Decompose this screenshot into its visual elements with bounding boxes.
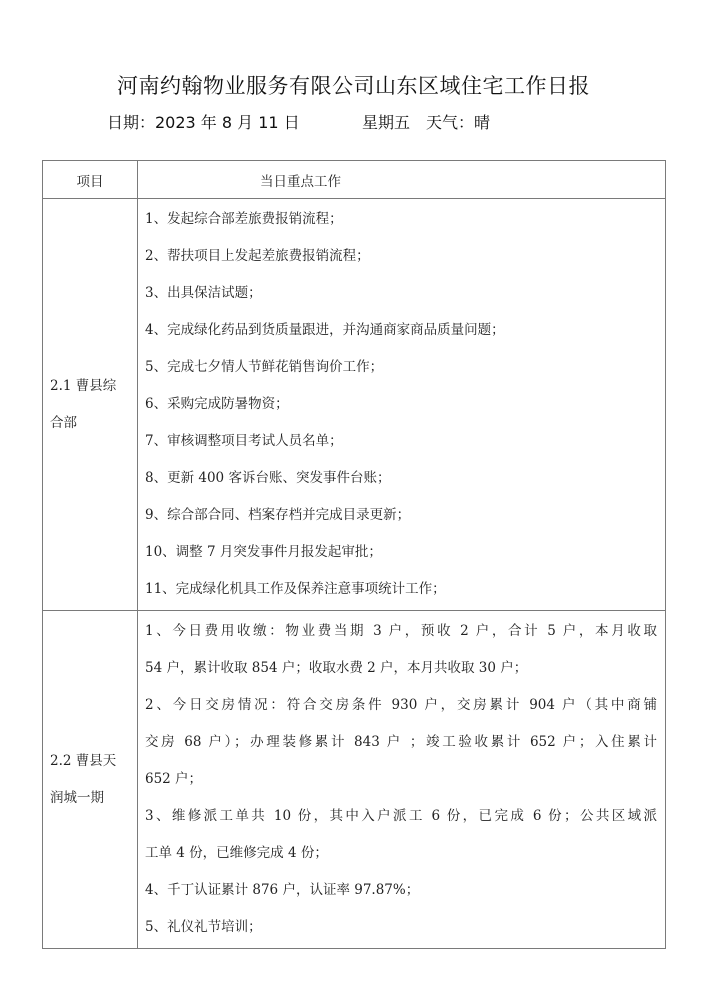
work-item-line: 2、今日交房情况：符合交房条件 930 户，交房累计 904 户（其中商铺 [145,687,657,724]
work-item: 3、出具保洁试题； [145,275,657,312]
work-item: 2、帮扶项目上发起差旅费报销流程； [145,238,657,275]
category-cell: 2.2 曹县天 润城一期 [43,611,138,949]
work-item: 4、完成绿化药品到货质量跟进，并沟通商家商品质量问题； [145,312,657,349]
work-item: 7、审核调整项目考试人员名单； [145,423,657,460]
work-item: 11、完成绿化机具工作及保养注意事项统计工作； [145,571,657,608]
work-item-line: 工单 4 份，已维修完成 4 份； [145,835,657,872]
work-item-line: 4、千丁认证累计 876 户，认证率 97.87%； [145,872,657,909]
table-row: 2.2 曹县天 润城一期 1、今日费用收缴：物业费当期 3 户，预收 2 户，合… [43,611,666,949]
work-item-line: 交房 68 户）；办理装修累计 843 户 ；竣工验收累计 652 户；入住累计 [145,724,657,761]
work-item: 8、更新 400 客诉台账、突发事件台账； [145,460,657,497]
date-line: 日期：2023 年 8 月 11 日 星期五 天气：晴 [107,110,300,133]
weekday-weather: 星期五 天气：晴 [362,110,490,133]
category-label-line2: 润城一期 [50,780,137,817]
column-header-work: 当日重点工作 [138,161,666,199]
work-item-line: 1、今日费用收缴：物业费当期 3 户，预收 2 户，合计 5 户，本月收取 [145,613,657,650]
category-label-line1: 2.1 曹县综 [50,368,137,405]
work-item-line: 5、礼仪礼节培训； [145,909,657,946]
work-item-line: 652 户； [145,761,657,798]
report-date: 日期：2023 年 8 月 11 日 [107,113,300,132]
work-items-cell: 1、发起综合部差旅费报销流程； 2、帮扶项目上发起差旅费报销流程； 3、出具保洁… [138,199,666,611]
category-label-line1: 2.2 曹县天 [50,743,137,780]
table-header-row: 项目 当日重点工作 [43,161,666,199]
category-cell: 2.1 曹县综 合部 [43,199,138,611]
work-item: 10、调整 7 月突发事件月报发起审批； [145,534,657,571]
work-items-cell: 1、今日费用收缴：物业费当期 3 户，预收 2 户，合计 5 户，本月收取 54… [138,611,666,949]
work-item: 9、综合部合同、档案存档并完成目录更新； [145,497,657,534]
table-row: 2.1 曹县综 合部 1、发起综合部差旅费报销流程； 2、帮扶项目上发起差旅费报… [43,199,666,611]
work-item-line: 54 户，累计收取 854 户；收取水费 2 户，本月共收取 30 户； [145,650,657,687]
report-title: 河南约翰物业服务有限公司山东区域住宅工作日报 [0,70,707,100]
category-label-line2: 合部 [50,405,137,442]
work-item-line: 3、维修派工单共 10 份，其中入户派工 6 份，已完成 6 份；公共区域派 [145,798,657,835]
column-header-item: 项目 [43,161,138,199]
work-item: 1、发起综合部差旅费报销流程； [145,201,657,238]
work-item: 6、采购完成防暑物资； [145,386,657,423]
daily-work-table: 项目 当日重点工作 2.1 曹县综 合部 1、发起综合部差旅费报销流程； 2、帮… [42,160,666,949]
work-item: 5、完成七夕情人节鲜花销售询价工作； [145,349,657,386]
